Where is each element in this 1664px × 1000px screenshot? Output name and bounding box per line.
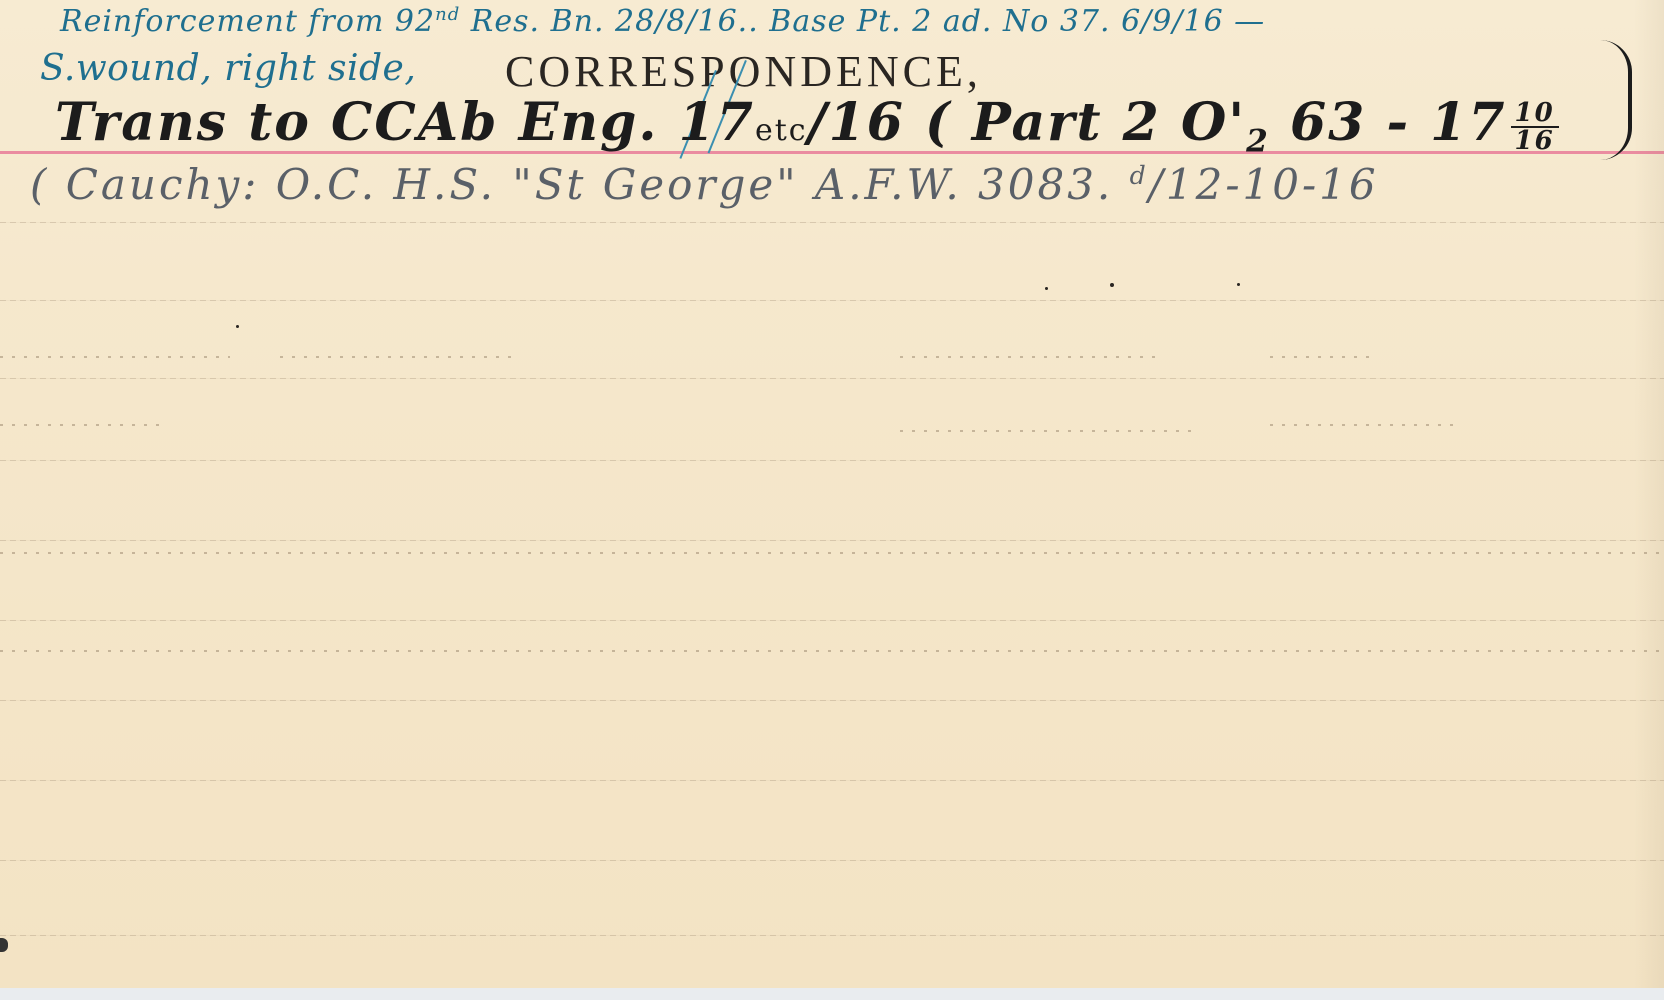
ruled-line: [0, 620, 1664, 621]
ordinal-suffix: nd: [435, 4, 460, 25]
annotation-small-text: etc: [755, 113, 808, 148]
annotation-wound: S.wound, right side,: [40, 48, 416, 89]
annotation-text: /16 ( Part 2 O: [808, 92, 1229, 153]
dotted-leader: [0, 356, 230, 358]
annotation-transfer: Trans to CCAb Eng. 17etc/16 ( Part 2 O'2…: [55, 92, 1559, 159]
annotation-text: Res. Bn. 28/8/16.. Base Pt. 2 ad. No 37.…: [460, 4, 1265, 39]
fraction-numerator: 10: [1511, 100, 1559, 128]
ruled-line: [0, 378, 1664, 379]
annotation-text: Reinforcement from 92: [60, 4, 435, 39]
dotted-leader: [900, 356, 1160, 358]
paper-speck: [1045, 287, 1048, 290]
annotation-text: ( Cauchy: O.C. H.S. "St George" A.F.W. 3…: [30, 160, 1130, 209]
dotted-leader: [280, 356, 520, 358]
prime-mark: ': [1228, 92, 1246, 153]
subscript: 2: [1246, 123, 1270, 159]
edge-shadow: [1634, 0, 1664, 988]
ruled-line: [0, 700, 1664, 701]
fraction-denominator: 16: [1511, 128, 1559, 154]
printed-heading: CORRESPONDENCE,: [505, 46, 982, 97]
closing-parenthesis: [1600, 40, 1632, 160]
annotation-reinforcement: Reinforcement from 92nd Res. Bn. 28/8/16…: [60, 4, 1265, 39]
index-card: CORRESPONDENCE, Reinforcement from 92nd …: [0, 0, 1664, 990]
ruled-line: [0, 540, 1664, 541]
paper-speck: [1237, 283, 1240, 286]
date-fraction: 1016: [1511, 100, 1559, 154]
corner-damage: [0, 938, 8, 952]
dotted-leader: [900, 430, 1200, 432]
dotted-leader: [0, 424, 160, 426]
annotation-text: /12-10-16: [1149, 160, 1379, 209]
annotation-text: Trans to CCAb Eng. 17: [55, 92, 755, 153]
paper-speck: [236, 325, 239, 328]
annotation-text: S.wound, right side,: [40, 48, 416, 89]
dotted-leader: [0, 552, 1664, 554]
annotation-text: 63 - 17: [1270, 92, 1507, 153]
superscript: d: [1130, 161, 1149, 190]
ruled-line: [0, 460, 1664, 461]
ruled-line: [0, 300, 1664, 301]
dotted-leader: [0, 650, 1664, 652]
ruled-line: [0, 860, 1664, 861]
ruled-line: [0, 935, 1664, 936]
ruled-line: [0, 222, 1664, 223]
ruled-line: [0, 780, 1664, 781]
annotation-hospital-ship: ( Cauchy: O.C. H.S. "St George" A.F.W. 3…: [30, 160, 1379, 209]
dotted-leader: [1270, 356, 1370, 358]
dotted-leader: [1270, 424, 1460, 426]
paper-speck: [1110, 283, 1114, 287]
